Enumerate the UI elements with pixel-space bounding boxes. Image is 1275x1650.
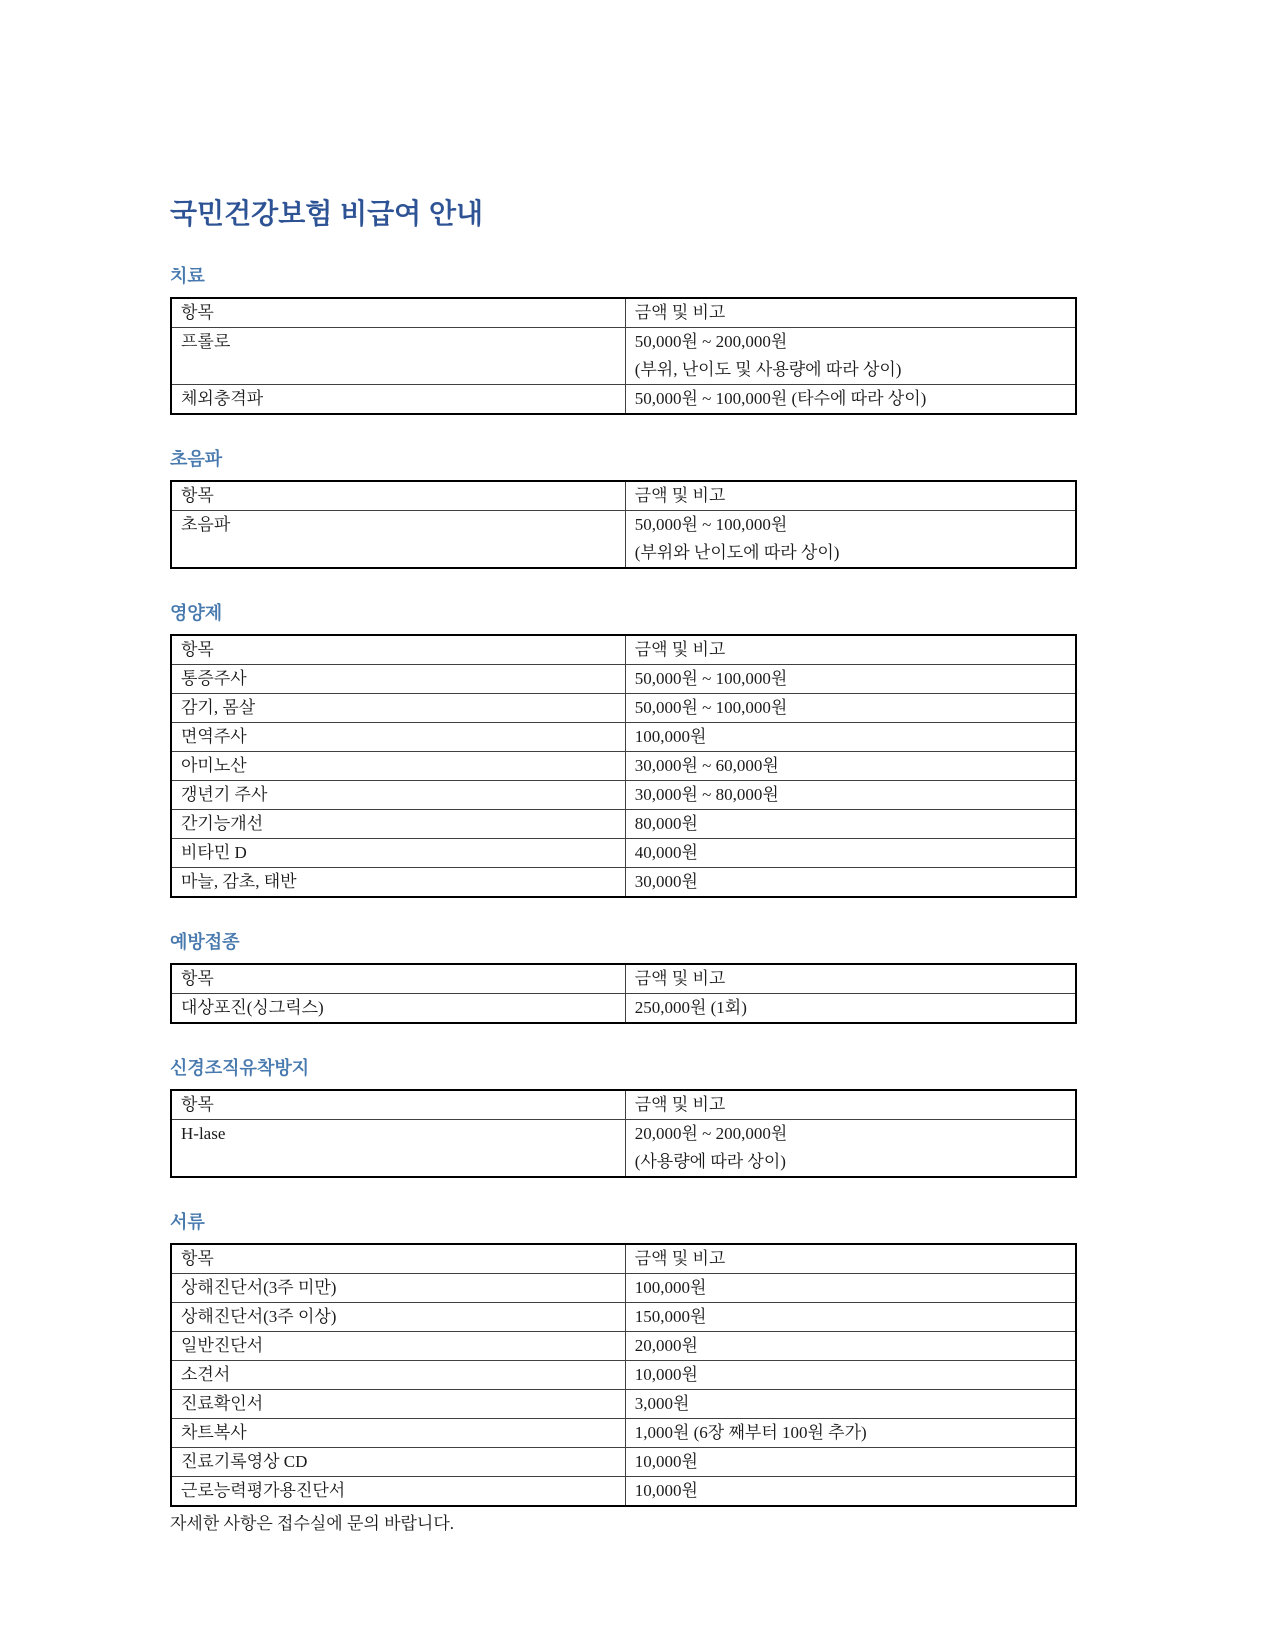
- amount-cell: 250,000원 (1회): [625, 994, 1076, 1024]
- amount-line: 50,000원 ~ 100,000원: [635, 515, 1066, 535]
- amount-line: 150,000원: [635, 1307, 1066, 1327]
- column-header-amount: 금액 및 비고: [625, 481, 1076, 511]
- amount-line: 30,000원 ~ 60,000원: [635, 756, 1066, 776]
- table-row: 소견서10,000원: [171, 1361, 1076, 1390]
- amount-line: 80,000원: [635, 814, 1066, 834]
- item-cell: 프롤로: [171, 328, 625, 385]
- amount-line: 50,000원 ~ 100,000원 (타수에 따라 상이): [635, 389, 1066, 409]
- amount-line: 10,000원: [635, 1481, 1066, 1501]
- item-cell: 체외충격파: [171, 385, 625, 415]
- amount-line: 20,000원 ~ 200,000원: [635, 1124, 1066, 1144]
- item-cell: 상해진단서(3주 미만): [171, 1274, 625, 1303]
- table-row: 진료확인서3,000원: [171, 1390, 1076, 1419]
- item-cell: 초음파: [171, 511, 625, 569]
- section-heading: 치료: [170, 265, 1077, 287]
- amount-cell: 30,000원 ~ 60,000원: [625, 752, 1076, 781]
- price-table: 항목 금액 및 비고 통증주사50,000원 ~ 100,000원감기, 몸살5…: [170, 634, 1077, 898]
- amount-cell: 3,000원: [625, 1390, 1076, 1419]
- item-cell: 진료확인서: [171, 1390, 625, 1419]
- amount-cell: 100,000원: [625, 1274, 1076, 1303]
- amount-cell: 30,000원: [625, 868, 1076, 898]
- column-header-item: 항목: [171, 1244, 625, 1274]
- column-header-amount: 금액 및 비고: [625, 635, 1076, 665]
- document-content: 국민건강보험 비급여 안내 치료 항목 금액 및 비고 프롤로50,000원 ~…: [170, 196, 1077, 1535]
- table-row: 아미노산30,000원 ~ 60,000원: [171, 752, 1076, 781]
- table-row: 프롤로50,000원 ~ 200,000원(부위, 난이도 및 사용량에 따라 …: [171, 328, 1076, 385]
- amount-cell: 50,000원 ~ 100,000원 (타수에 따라 상이): [625, 385, 1076, 415]
- item-cell: 상해진단서(3주 이상): [171, 1303, 625, 1332]
- table-row: 감기, 몸살50,000원 ~ 100,000원: [171, 694, 1076, 723]
- table-header-row: 항목 금액 및 비고: [171, 298, 1076, 328]
- amount-line: 250,000원 (1회): [635, 998, 1066, 1018]
- item-cell: H-lase: [171, 1120, 625, 1178]
- amount-cell: 100,000원: [625, 723, 1076, 752]
- amount-cell: 50,000원 ~ 200,000원(부위, 난이도 및 사용량에 따라 상이): [625, 328, 1076, 385]
- sections-container: 치료 항목 금액 및 비고 프롤로50,000원 ~ 200,000원(부위, …: [170, 265, 1077, 1507]
- amount-line: 50,000원 ~ 200,000원: [635, 332, 1066, 352]
- amount-line: 30,000원: [635, 872, 1066, 892]
- item-cell: 감기, 몸살: [171, 694, 625, 723]
- document-page: 국민건강보험 비급여 안내 치료 항목 금액 및 비고 프롤로50,000원 ~…: [0, 0, 1275, 1650]
- column-header-item: 항목: [171, 481, 625, 511]
- table-row: 갱년기 주사30,000원 ~ 80,000원: [171, 781, 1076, 810]
- table-header-row: 항목 금액 및 비고: [171, 481, 1076, 511]
- table-header-row: 항목 금액 및 비고: [171, 1090, 1076, 1120]
- amount-line: 1,000원 (6장 째부터 100원 추가): [635, 1423, 1066, 1443]
- amount-line: (부위, 난이도 및 사용량에 따라 상이): [635, 360, 1066, 380]
- price-table: 항목 금액 및 비고 초음파50,000원 ~ 100,000원(부위와 난이도…: [170, 480, 1077, 569]
- table-row: 체외충격파50,000원 ~ 100,000원 (타수에 따라 상이): [171, 385, 1076, 415]
- price-section: 예방접종 항목 금액 및 비고 대상포진(싱그릭스)250,000원 (1회): [170, 931, 1077, 1024]
- column-header-item: 항목: [171, 1090, 625, 1120]
- table-row: 차트복사1,000원 (6장 째부터 100원 추가): [171, 1419, 1076, 1448]
- price-section: 치료 항목 금액 및 비고 프롤로50,000원 ~ 200,000원(부위, …: [170, 265, 1077, 415]
- amount-line: 3,000원: [635, 1394, 1066, 1414]
- price-section: 영양제 항목 금액 및 비고 통증주사50,000원 ~ 100,000원감기,…: [170, 602, 1077, 898]
- amount-cell: 10,000원: [625, 1361, 1076, 1390]
- amount-cell: 50,000원 ~ 100,000원: [625, 694, 1076, 723]
- table-header-row: 항목 금액 및 비고: [171, 635, 1076, 665]
- amount-line: 30,000원 ~ 80,000원: [635, 785, 1066, 805]
- column-header-amount: 금액 및 비고: [625, 964, 1076, 994]
- item-cell: 마늘, 감초, 태반: [171, 868, 625, 898]
- amount-cell: 80,000원: [625, 810, 1076, 839]
- table-row: 상해진단서(3주 이상)150,000원: [171, 1303, 1076, 1332]
- table-row: H-lase20,000원 ~ 200,000원(사용량에 따라 상이): [171, 1120, 1076, 1178]
- amount-cell: 10,000원: [625, 1448, 1076, 1477]
- amount-line: 40,000원: [635, 843, 1066, 863]
- section-heading: 영양제: [170, 602, 1077, 624]
- price-section: 서류 항목 금액 및 비고 상해진단서(3주 미만)100,000원상해진단서(…: [170, 1211, 1077, 1507]
- table-row: 통증주사50,000원 ~ 100,000원: [171, 665, 1076, 694]
- amount-line: 100,000원: [635, 1278, 1066, 1298]
- price-section: 신경조직유착방지 항목 금액 및 비고 H-lase20,000원 ~ 200,…: [170, 1057, 1077, 1178]
- table-row: 간기능개선80,000원: [171, 810, 1076, 839]
- amount-line: 10,000원: [635, 1452, 1066, 1472]
- table-row: 면역주사100,000원: [171, 723, 1076, 752]
- item-cell: 간기능개선: [171, 810, 625, 839]
- price-section: 초음파 항목 금액 및 비고 초음파50,000원 ~ 100,000원(부위와…: [170, 448, 1077, 569]
- item-cell: 일반진단서: [171, 1332, 625, 1361]
- amount-cell: 20,000원 ~ 200,000원(사용량에 따라 상이): [625, 1120, 1076, 1178]
- amount-line: 50,000원 ~ 100,000원: [635, 669, 1066, 689]
- amount-cell: 50,000원 ~ 100,000원(부위와 난이도에 따라 상이): [625, 511, 1076, 569]
- section-heading: 예방접종: [170, 931, 1077, 953]
- table-header-row: 항목 금액 및 비고: [171, 1244, 1076, 1274]
- table-row: 진료기록영상 CD10,000원: [171, 1448, 1076, 1477]
- item-cell: 통증주사: [171, 665, 625, 694]
- table-row: 일반진단서20,000원: [171, 1332, 1076, 1361]
- amount-cell: 1,000원 (6장 째부터 100원 추가): [625, 1419, 1076, 1448]
- column-header-item: 항목: [171, 635, 625, 665]
- table-row: 상해진단서(3주 미만)100,000원: [171, 1274, 1076, 1303]
- column-header-item: 항목: [171, 964, 625, 994]
- amount-line: 100,000원: [635, 727, 1066, 747]
- item-cell: 아미노산: [171, 752, 625, 781]
- section-heading: 초음파: [170, 448, 1077, 470]
- item-cell: 소견서: [171, 1361, 625, 1390]
- amount-line: (부위와 난이도에 따라 상이): [635, 543, 1066, 563]
- amount-cell: 10,000원: [625, 1477, 1076, 1507]
- column-header-item: 항목: [171, 298, 625, 328]
- table-row: 마늘, 감초, 태반30,000원: [171, 868, 1076, 898]
- column-header-amount: 금액 및 비고: [625, 1244, 1076, 1274]
- item-cell: 비타민 D: [171, 839, 625, 868]
- item-cell: 면역주사: [171, 723, 625, 752]
- section-heading: 서류: [170, 1211, 1077, 1233]
- amount-line: 10,000원: [635, 1365, 1066, 1385]
- amount-cell: 30,000원 ~ 80,000원: [625, 781, 1076, 810]
- table-row: 비타민 D40,000원: [171, 839, 1076, 868]
- amount-cell: 40,000원: [625, 839, 1076, 868]
- price-table: 항목 금액 및 비고 H-lase20,000원 ~ 200,000원(사용량에…: [170, 1089, 1077, 1178]
- table-row: 근로능력평가용진단서10,000원: [171, 1477, 1076, 1507]
- column-header-amount: 금액 및 비고: [625, 1090, 1076, 1120]
- item-cell: 근로능력평가용진단서: [171, 1477, 625, 1507]
- item-cell: 차트복사: [171, 1419, 625, 1448]
- price-table: 항목 금액 및 비고 상해진단서(3주 미만)100,000원상해진단서(3주 …: [170, 1243, 1077, 1507]
- price-table: 항목 금액 및 비고 대상포진(싱그릭스)250,000원 (1회): [170, 963, 1077, 1024]
- footer-note: 자세한 사항은 접수실에 문의 바랍니다.: [170, 1513, 1077, 1535]
- item-cell: 진료기록영상 CD: [171, 1448, 625, 1477]
- amount-cell: 20,000원: [625, 1332, 1076, 1361]
- amount-cell: 50,000원 ~ 100,000원: [625, 665, 1076, 694]
- table-row: 초음파50,000원 ~ 100,000원(부위와 난이도에 따라 상이): [171, 511, 1076, 569]
- table-header-row: 항목 금액 및 비고: [171, 964, 1076, 994]
- amount-line: 20,000원: [635, 1336, 1066, 1356]
- section-heading: 신경조직유착방지: [170, 1057, 1077, 1079]
- column-header-amount: 금액 및 비고: [625, 298, 1076, 328]
- table-row: 대상포진(싱그릭스)250,000원 (1회): [171, 994, 1076, 1024]
- amount-line: 50,000원 ~ 100,000원: [635, 698, 1066, 718]
- page-title: 국민건강보험 비급여 안내: [170, 196, 1077, 232]
- price-table: 항목 금액 및 비고 프롤로50,000원 ~ 200,000원(부위, 난이도…: [170, 297, 1077, 415]
- item-cell: 갱년기 주사: [171, 781, 625, 810]
- item-cell: 대상포진(싱그릭스): [171, 994, 625, 1024]
- amount-cell: 150,000원: [625, 1303, 1076, 1332]
- amount-line: (사용량에 따라 상이): [635, 1152, 1066, 1172]
